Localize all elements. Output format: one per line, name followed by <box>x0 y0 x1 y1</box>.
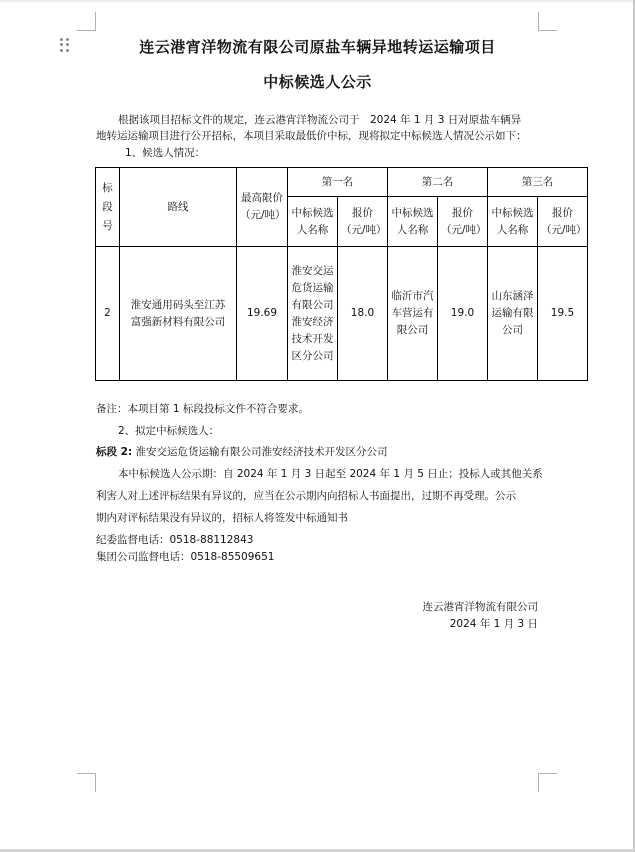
margin-corner-bottom-right <box>538 773 557 792</box>
group-phone: 集团公司监督电话：0518-85509651 <box>96 549 274 565</box>
header-rank2-quote: 报价（元/吨） <box>438 197 488 247</box>
signature-date: 2024 年 1 月 3 日 <box>0 616 538 632</box>
header-rank2-name: 中标候选人名称 <box>388 197 438 247</box>
publicity-line3: 期内对评标结果没有异议的，招标人将签发中标通知书 <box>96 510 348 526</box>
header-rank1-quote: 报价（元/吨） <box>338 197 388 247</box>
intro-paragraph-line2: 地转运运输项目进行公开招标，本项目采取最低价中标，现将拟定中标候选人情况公示如下… <box>96 128 527 144</box>
segment2-label: 标段 2: <box>96 446 132 458</box>
header-route: 路线 <box>120 168 237 247</box>
header-rank2: 第二名 <box>388 168 488 197</box>
header-rank1: 第一名 <box>288 168 388 197</box>
margin-corner-bottom-left <box>77 773 96 792</box>
discipline-phone: 纪委监督电话：0518-88112843 <box>96 532 253 548</box>
cell-max-price: 19.69 <box>237 247 288 381</box>
header-max-price: 最高限价（元/吨） <box>237 168 288 247</box>
table-row: 2 淮安通用码头至江苏富强新材料有限公司 19.69 淮安交运危货运输有限公司淮… <box>96 247 588 381</box>
header-segment: 标段号 <box>96 168 120 247</box>
margin-corner-top-left <box>77 12 96 31</box>
cell-rank3-price: 19.5 <box>538 247 588 381</box>
document-subtitle: 中标候选人公示 <box>0 71 635 92</box>
intro-paragraph-line1: 根据该项目招标文件的规定，连云港宵洋物流公司于 2024 年 1 月 3 日对原… <box>118 112 521 128</box>
header-rank1-name: 中标候选人名称 <box>288 197 338 247</box>
segment2-winner: 标段 2: 淮安交运危货运输有限公司淮安经济技术开发区分公司 <box>96 444 388 460</box>
cell-segment: 2 <box>96 247 120 381</box>
cell-rank3-name: 山东涵泽运输有限公司 <box>488 247 538 381</box>
candidates-table: 标段号 路线 最高限价（元/吨） 第一名 第二名 第三名 中标候选人名称 报价（… <box>95 167 588 381</box>
publicity-line2: 利害人对上述评标结果有异议的，应当在公示期内向招标人书面提出，过期不再受理。公示 <box>96 488 516 504</box>
page-top-shadow <box>0 0 635 3</box>
section-proposed-heading: 2、拟定中标候选人： <box>118 423 219 439</box>
segment2-company: 淮安交运危货运输有限公司淮安经济技术开发区分公司 <box>132 446 387 458</box>
header-rank3: 第三名 <box>488 168 588 197</box>
cell-rank2-name: 临沂市汽车营运有限公司 <box>388 247 438 381</box>
signature-company: 连云港宵洋物流有限公司 <box>0 599 538 615</box>
document-title: 连云港宵洋物流有限公司原盐车辆异地转运运输项目 <box>0 36 635 57</box>
remark-note: 备注：本项目第 1 标段投标文件不符合要求。 <box>96 401 309 417</box>
cell-rank1-name: 淮安交运危货运输有限公司淮安经济技术开发区分公司 <box>288 247 338 381</box>
header-rank3-quote: 报价（元/吨） <box>538 197 588 247</box>
section-candidates-heading: 1、候选人情况： <box>125 145 205 161</box>
cell-rank1-price: 18.0 <box>338 247 388 381</box>
cell-rank2-price: 19.0 <box>438 247 488 381</box>
header-rank3-name: 中标候选人名称 <box>488 197 538 247</box>
margin-corner-top-right <box>538 12 557 31</box>
cell-route: 淮安通用码头至江苏富强新材料有限公司 <box>120 247 237 381</box>
publicity-line1: 本中标候选人公示期：自 2024 年 1 月 3 日起至 2024 年 1 月 … <box>118 466 543 482</box>
